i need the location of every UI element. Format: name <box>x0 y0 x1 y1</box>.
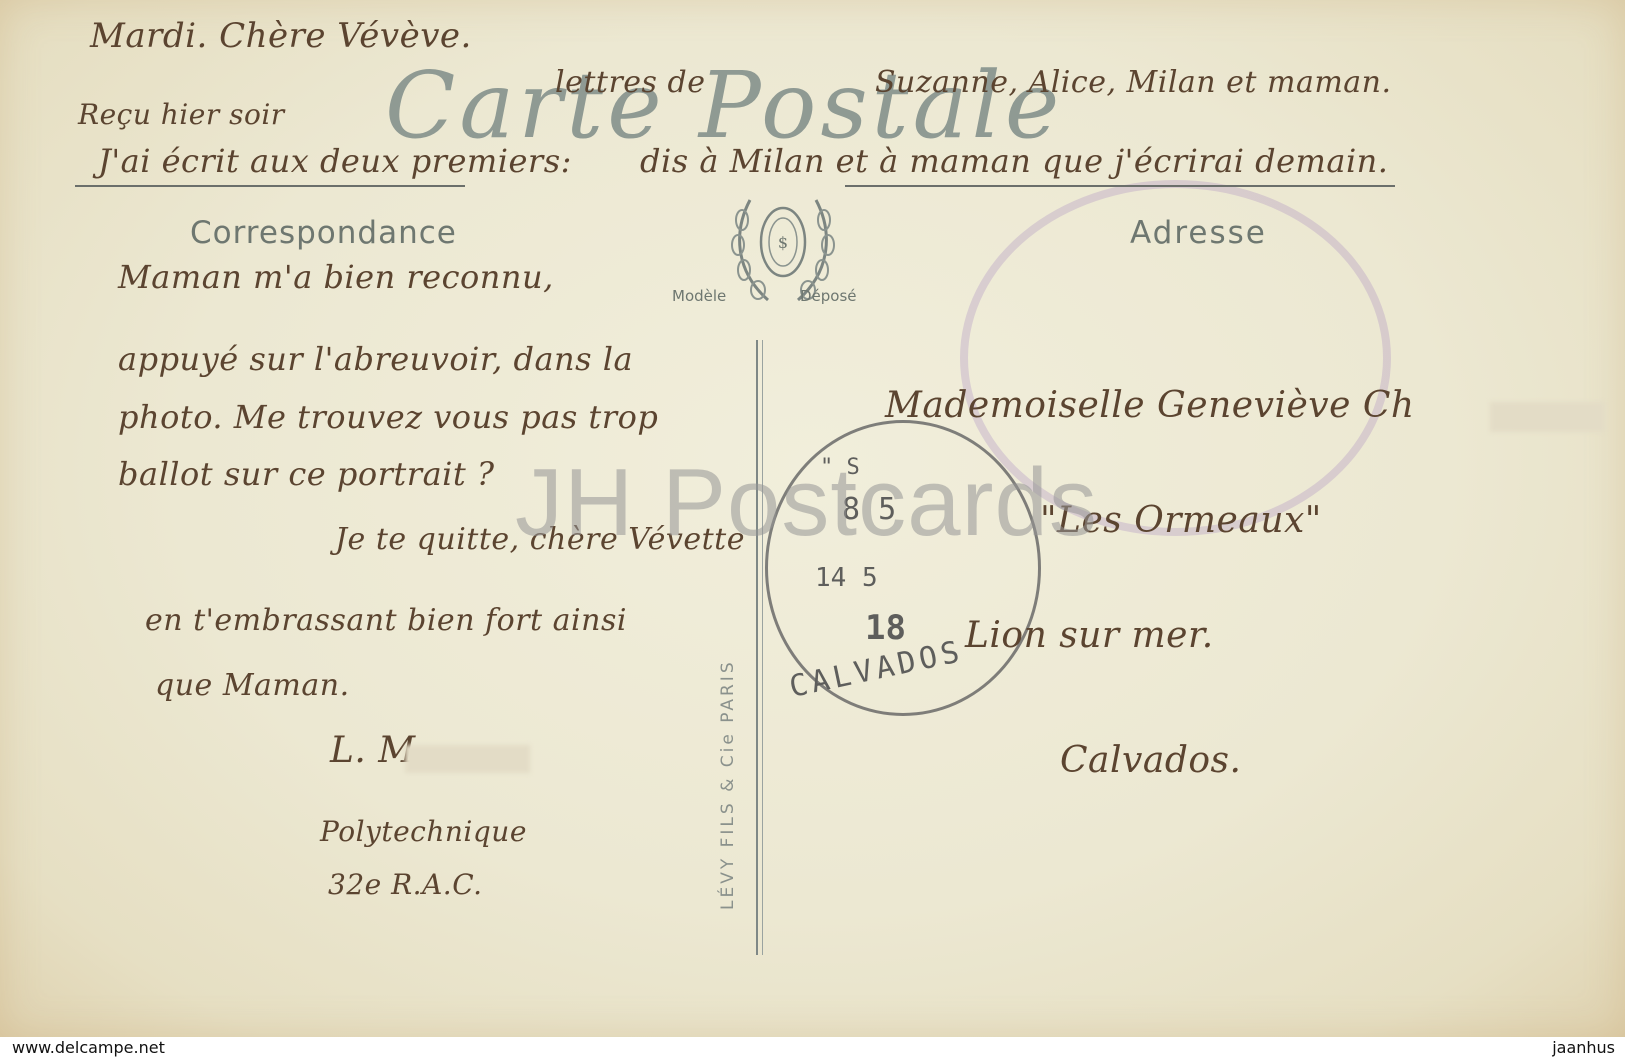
sender-line-1: Polytechnique <box>320 815 527 848</box>
adresse-label: Adresse <box>1130 215 1267 251</box>
watermark: JH Postcards <box>515 448 1098 558</box>
footer-seller-name: jaanhus <box>1552 1038 1615 1057</box>
message-line-3b: dis à Milan et à maman que j'écrirai dem… <box>640 142 1388 180</box>
body-line-4: ballot sur ce portrait ? <box>118 455 495 493</box>
address-line-4: Calvados. <box>1060 740 1241 781</box>
redacted-signature <box>405 745 530 773</box>
postmark-date: 14 5 <box>815 563 878 593</box>
svg-text:$: $ <box>778 233 788 252</box>
address-line-1: Mademoiselle Geneviève Ch <box>885 385 1415 426</box>
emblem-caption-left: Modèle <box>672 287 726 305</box>
postmark-year: 18 <box>865 608 906 648</box>
sender-line-2: 32e R.A.C. <box>328 868 483 901</box>
message-line-3a: J'ai écrit aux deux premiers: <box>98 142 572 180</box>
emblem-caption-right: Déposé <box>800 287 857 305</box>
postcard: Carte Postale Mardi. Chère Vévève. Reçu … <box>0 0 1625 1037</box>
message-line-2c: Suzanne, Alice, Milan et maman. <box>875 65 1392 100</box>
printer-credit: LÉVY FILS & Cie PARIS <box>718 659 738 910</box>
body-line-1: Maman m'a bien reconnu, <box>118 258 554 296</box>
redacted-surname <box>1490 402 1605 432</box>
center-divider-inner <box>762 340 763 955</box>
body-line-7: que Maman. <box>155 668 350 703</box>
underline-1 <box>75 185 465 187</box>
message-line-1: Mardi. Chère Vévève. <box>90 16 472 56</box>
body-line-6: en t'embrassant bien fort ainsi <box>145 603 627 638</box>
center-divider <box>756 340 758 955</box>
body-line-2: appuyé sur l'abreuvoir, dans la <box>118 340 633 378</box>
footer-site-link[interactable]: www.delcampe.net <box>12 1038 165 1057</box>
message-line-2b: lettres de <box>555 65 705 100</box>
underline-2 <box>845 185 1395 187</box>
address-line-3: Lion sur mer. <box>965 615 1214 656</box>
correspondance-label: Correspondance <box>190 215 457 251</box>
body-line-3: photo. Me trouvez vous pas trop <box>118 398 658 436</box>
message-line-2a: Reçu hier soir <box>78 98 285 131</box>
